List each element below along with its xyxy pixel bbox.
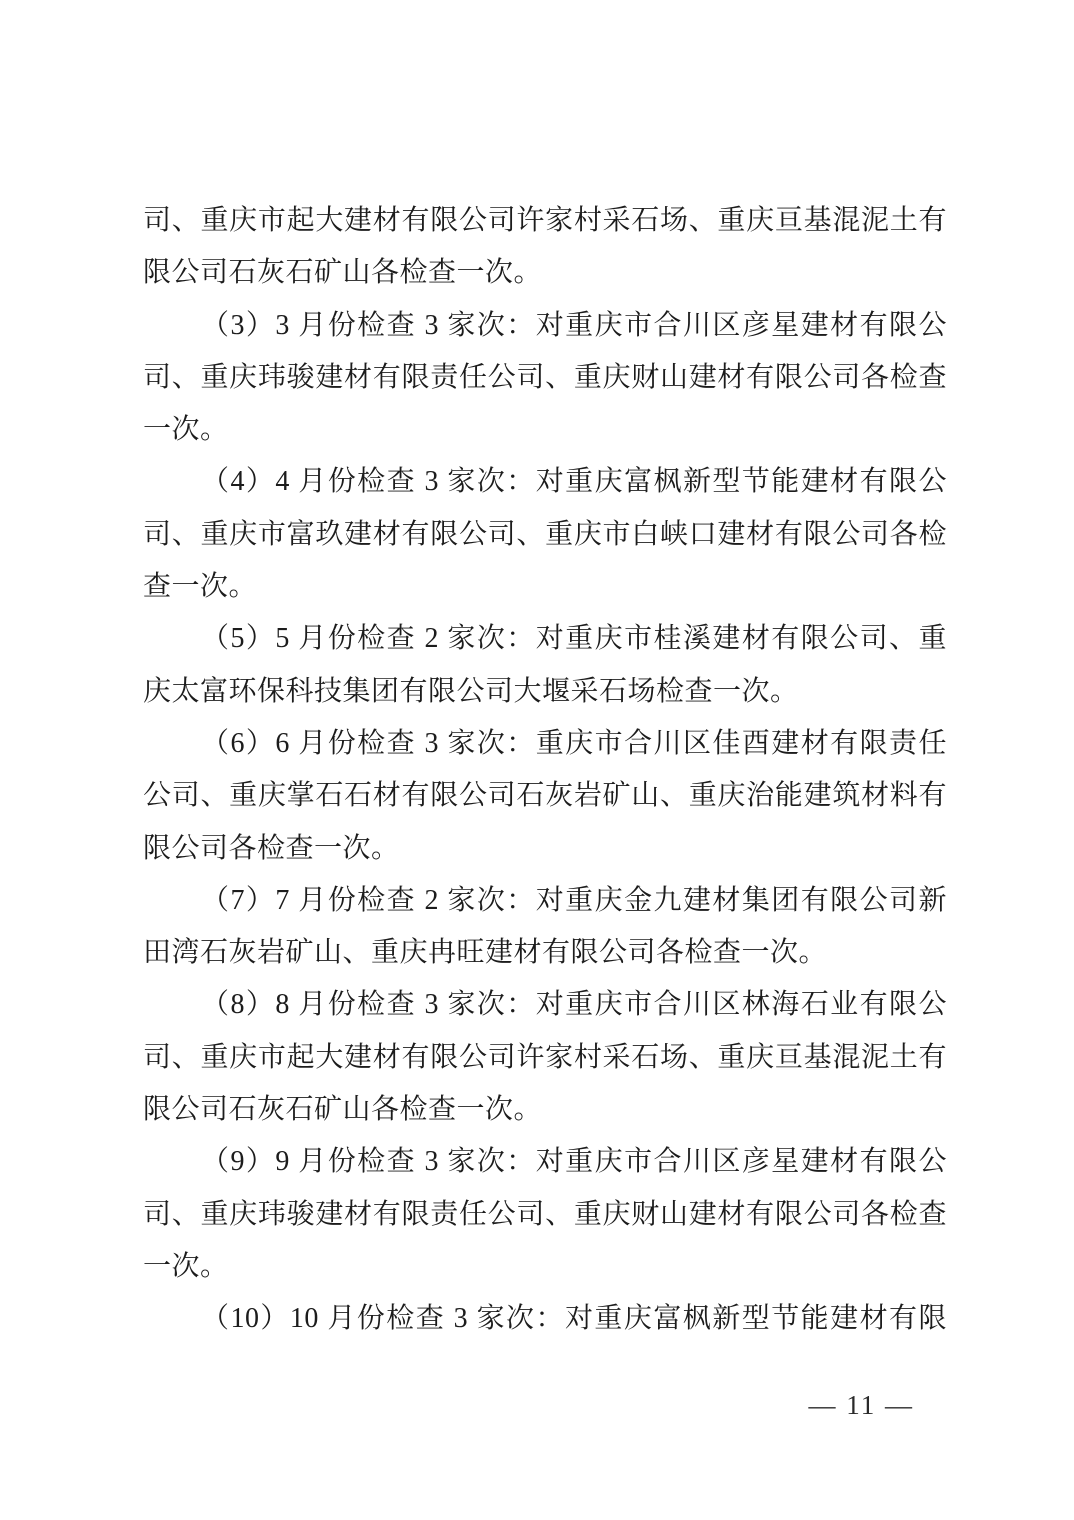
- page-number: — 11 —: [809, 1390, 915, 1421]
- text-line: （3）3 月份检查 3 家次：对重庆市合川区彦星建材有限公: [143, 300, 947, 352]
- text-line: 一次。: [143, 404, 947, 456]
- text-line: 司、重庆玮骏建材有限责任公司、重庆财山建材有限公司各检查: [143, 352, 947, 404]
- text-line: （10）10 月份检查 3 家次：对重庆富枫新型节能建材有限: [143, 1293, 947, 1345]
- text-line: （7）7 月份检查 2 家次：对重庆金九建材集团有限公司新: [143, 875, 947, 927]
- document-page: 司、重庆市起大建材有限公司许家村采石场、重庆亘基混泥土有限公司石灰石矿山各检查一…: [0, 0, 1074, 1520]
- text-line: 司、重庆市起大建材有限公司许家村采石场、重庆亘基混泥土有: [143, 1032, 947, 1084]
- text-line: 限公司石灰石矿山各检查一次。: [143, 1084, 947, 1136]
- text-line: 田湾石灰岩矿山、重庆冉旺建材有限公司各检查一次。: [143, 927, 947, 979]
- text-line: 司、重庆市起大建材有限公司许家村采石场、重庆亘基混泥土有: [143, 195, 947, 247]
- text-line: 限公司石灰石矿山各检查一次。: [143, 247, 947, 299]
- text-line: （9）9 月份检查 3 家次：对重庆市合川区彦星建材有限公: [143, 1136, 947, 1188]
- text-line: 公司、重庆掌石石材有限公司石灰岩矿山、重庆治能建筑材料有: [143, 770, 947, 822]
- text-line: 查一次。: [143, 561, 947, 613]
- text-line: 司、重庆玮骏建材有限责任公司、重庆财山建材有限公司各检查: [143, 1189, 947, 1241]
- text-line: （6）6 月份检查 3 家次：重庆市合川区佳酉建材有限责任: [143, 718, 947, 770]
- text-line: （5）5 月份检查 2 家次：对重庆市桂溪建材有限公司、重: [143, 613, 947, 665]
- text-line: 限公司各检查一次。: [143, 823, 947, 875]
- document-body: 司、重庆市起大建材有限公司许家村采石场、重庆亘基混泥土有限公司石灰石矿山各检查一…: [143, 195, 947, 1346]
- text-line: 庆太富环保科技集团有限公司大堰采石场检查一次。: [143, 666, 947, 718]
- text-line: （4）4 月份检查 3 家次：对重庆富枫新型节能建材有限公: [143, 456, 947, 508]
- text-line: 一次。: [143, 1241, 947, 1293]
- text-line: （8）8 月份检查 3 家次：对重庆市合川区林海石业有限公: [143, 979, 947, 1031]
- text-line: 司、重庆市富玖建材有限公司、重庆市白峡口建材有限公司各检: [143, 509, 947, 561]
